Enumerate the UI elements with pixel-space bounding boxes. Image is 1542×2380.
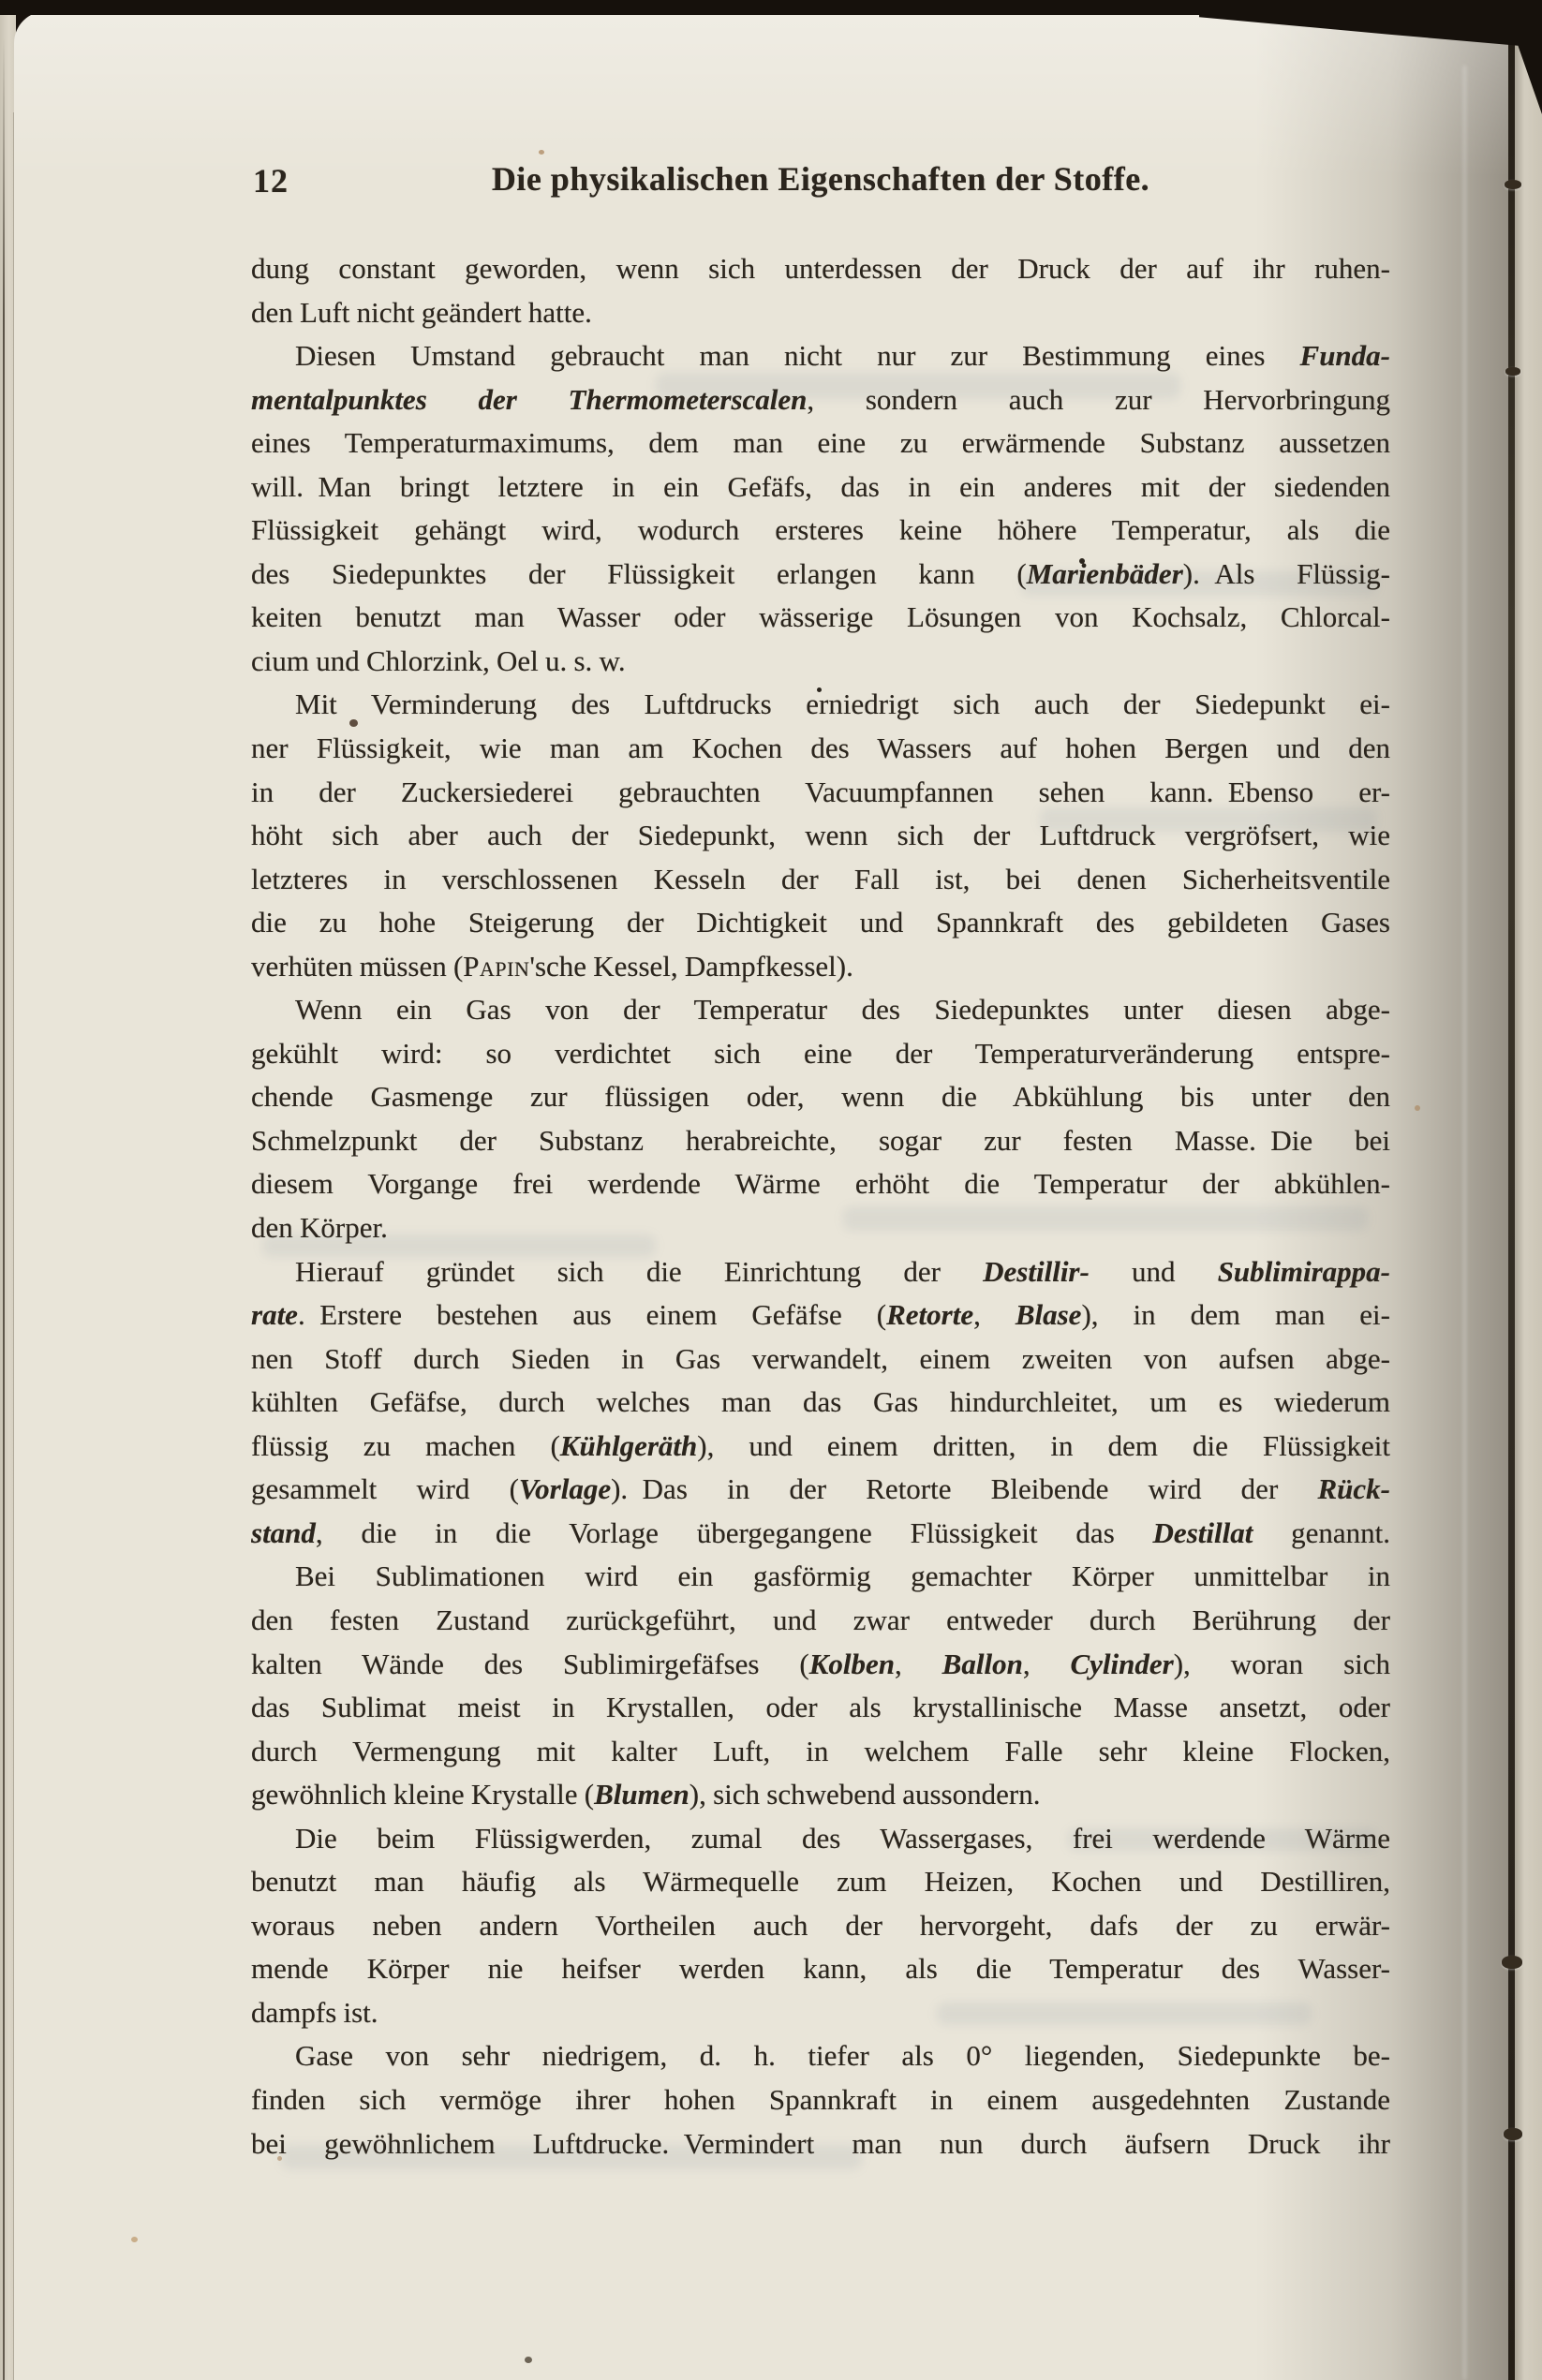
foxing-spot — [539, 150, 544, 155]
text-line: Schmelzpunkt der Substanz herabreichte, … — [251, 1119, 1390, 1163]
text-line: kühlten Gefäfse, durch welches man das G… — [251, 1381, 1390, 1425]
text-line: den Körper. — [251, 1206, 1390, 1250]
text-line: eines Temperaturmaximums, dem man eine z… — [251, 421, 1390, 466]
body-text: dung constant geworden, wenn sich unterd… — [251, 247, 1390, 2166]
text-line: Bei Sublimationen wird ein gasförmig gem… — [251, 1555, 1390, 1599]
text-line: gesammelt wird (Vorlage). Das in der Ret… — [251, 1468, 1390, 1512]
text-line: Hierauf gründet sich die Einrichtung der… — [251, 1250, 1390, 1294]
text-line: stand, die in die Vorlage übergegangene … — [251, 1512, 1390, 1556]
text-line: den Luft nicht geändert hatte. — [251, 291, 1390, 335]
text-line: nen Stoff durch Sieden in Gas verwandelt… — [251, 1338, 1390, 1382]
text-line: finden sich vermöge ihrer hohen Spannkra… — [251, 2078, 1390, 2122]
running-head: 12 Die physikalischen Eigenschaften der … — [251, 159, 1390, 206]
ink-speck — [1079, 558, 1085, 564]
text-line: verhüten müssen (Papin'sche Kessel, Damp… — [251, 945, 1390, 989]
foxing-spot — [1415, 1105, 1420, 1111]
left-edge-line — [3, 37, 5, 2380]
text-line: ner Flüssigkeit, wie man am Kochen des W… — [251, 727, 1390, 771]
page-number: 12 — [253, 161, 289, 200]
text-line: will. Man bringt letztere in ein Gefäfs,… — [251, 466, 1390, 510]
text-line: Diesen Umstand gebraucht man nicht nur z… — [251, 334, 1390, 378]
text-line: die zu hohe Steigerung der Dichtigkeit u… — [251, 901, 1390, 945]
text-line: mende Körper nie heifser werden kann, al… — [251, 1947, 1390, 1991]
text-line: mentalpunktes der Thermometerscalen, son… — [251, 378, 1390, 422]
text-line: benutzt man häufig als Wärmequelle zum H… — [251, 1860, 1390, 1904]
text-line: des Siedepunktes der Flüssigkeit erlange… — [251, 553, 1390, 597]
book-scan-page: { "page": { "number": "12", "running_tit… — [0, 0, 1542, 2380]
text-line: Gase von sehr niedrigem, d. h. tiefer al… — [251, 2034, 1390, 2078]
text-line: chende Gasmenge zur flüssigen oder, wenn… — [251, 1075, 1390, 1119]
outer-page-edge-strip — [1515, 0, 1542, 2380]
text-line: durch Vermengung mit kalter Luft, in wel… — [251, 1730, 1390, 1774]
text-line: Die beim Flüssigwerden, zumal des Wasser… — [251, 1817, 1390, 1861]
right-gutter-line — [1508, 36, 1515, 2380]
text-line: letzteres in verschlossenen Kesseln der … — [251, 858, 1390, 902]
foxing-spot — [525, 2357, 532, 2363]
text-line: rate. Erstere bestehen aus einem Gefäfse… — [251, 1293, 1390, 1338]
text-line: in der Zuckersiederei gebrauchten Vacuum… — [251, 771, 1390, 815]
text-line: diesem Vorgange frei werdende Wärme erhö… — [251, 1162, 1390, 1206]
text-line: Flüssigkeit gehängt wird, wodurch erster… — [251, 509, 1390, 553]
text-line: höht sich aber auch der Siedepunkt, wenn… — [251, 814, 1390, 858]
text-line: cium und Chlorzink, Oel u. s. w. — [251, 640, 1390, 684]
text-line: den festen Zustand zurückgeführt, und zw… — [251, 1599, 1390, 1643]
text-line: gewöhnlich kleine Krystalle (Blumen), si… — [251, 1773, 1390, 1817]
text-line: Wenn ein Gas von der Temperatur des Sied… — [251, 988, 1390, 1032]
foxing-spot — [131, 2237, 138, 2242]
ink-speck — [817, 687, 822, 692]
stitch-mark — [1502, 1956, 1522, 1969]
stitch-mark — [1505, 180, 1521, 189]
text-line: bei gewöhnlichem Luftdrucke. Vermindert … — [251, 2122, 1390, 2166]
page-fold-highlight — [1463, 66, 1466, 2380]
text-line: gekühlt wird: so verdichtet sich eine de… — [251, 1032, 1390, 1076]
text-line: keiten benutzt man Wasser oder wässerige… — [251, 596, 1390, 640]
text-line: flüssig zu machen (Kühlgeräth), und eine… — [251, 1425, 1390, 1469]
text-line: kalten Wände des Sublimirgefäfses (Kolbe… — [251, 1643, 1390, 1687]
page-content: 12 Die physikalischen Eigenschaften der … — [251, 159, 1390, 206]
stitch-mark — [1505, 367, 1520, 376]
text-line: woraus neben andern Vortheilen auch der … — [251, 1904, 1390, 1948]
text-line: dampfs ist. — [251, 1991, 1390, 2035]
running-title: Die physikalischen Eigenschaften der Sto… — [307, 159, 1334, 199]
text-line: dung constant geworden, wenn sich unterd… — [251, 247, 1390, 291]
text-line: das Sublimat meist in Krystallen, oder a… — [251, 1686, 1390, 1730]
stitch-mark — [1504, 2128, 1522, 2140]
